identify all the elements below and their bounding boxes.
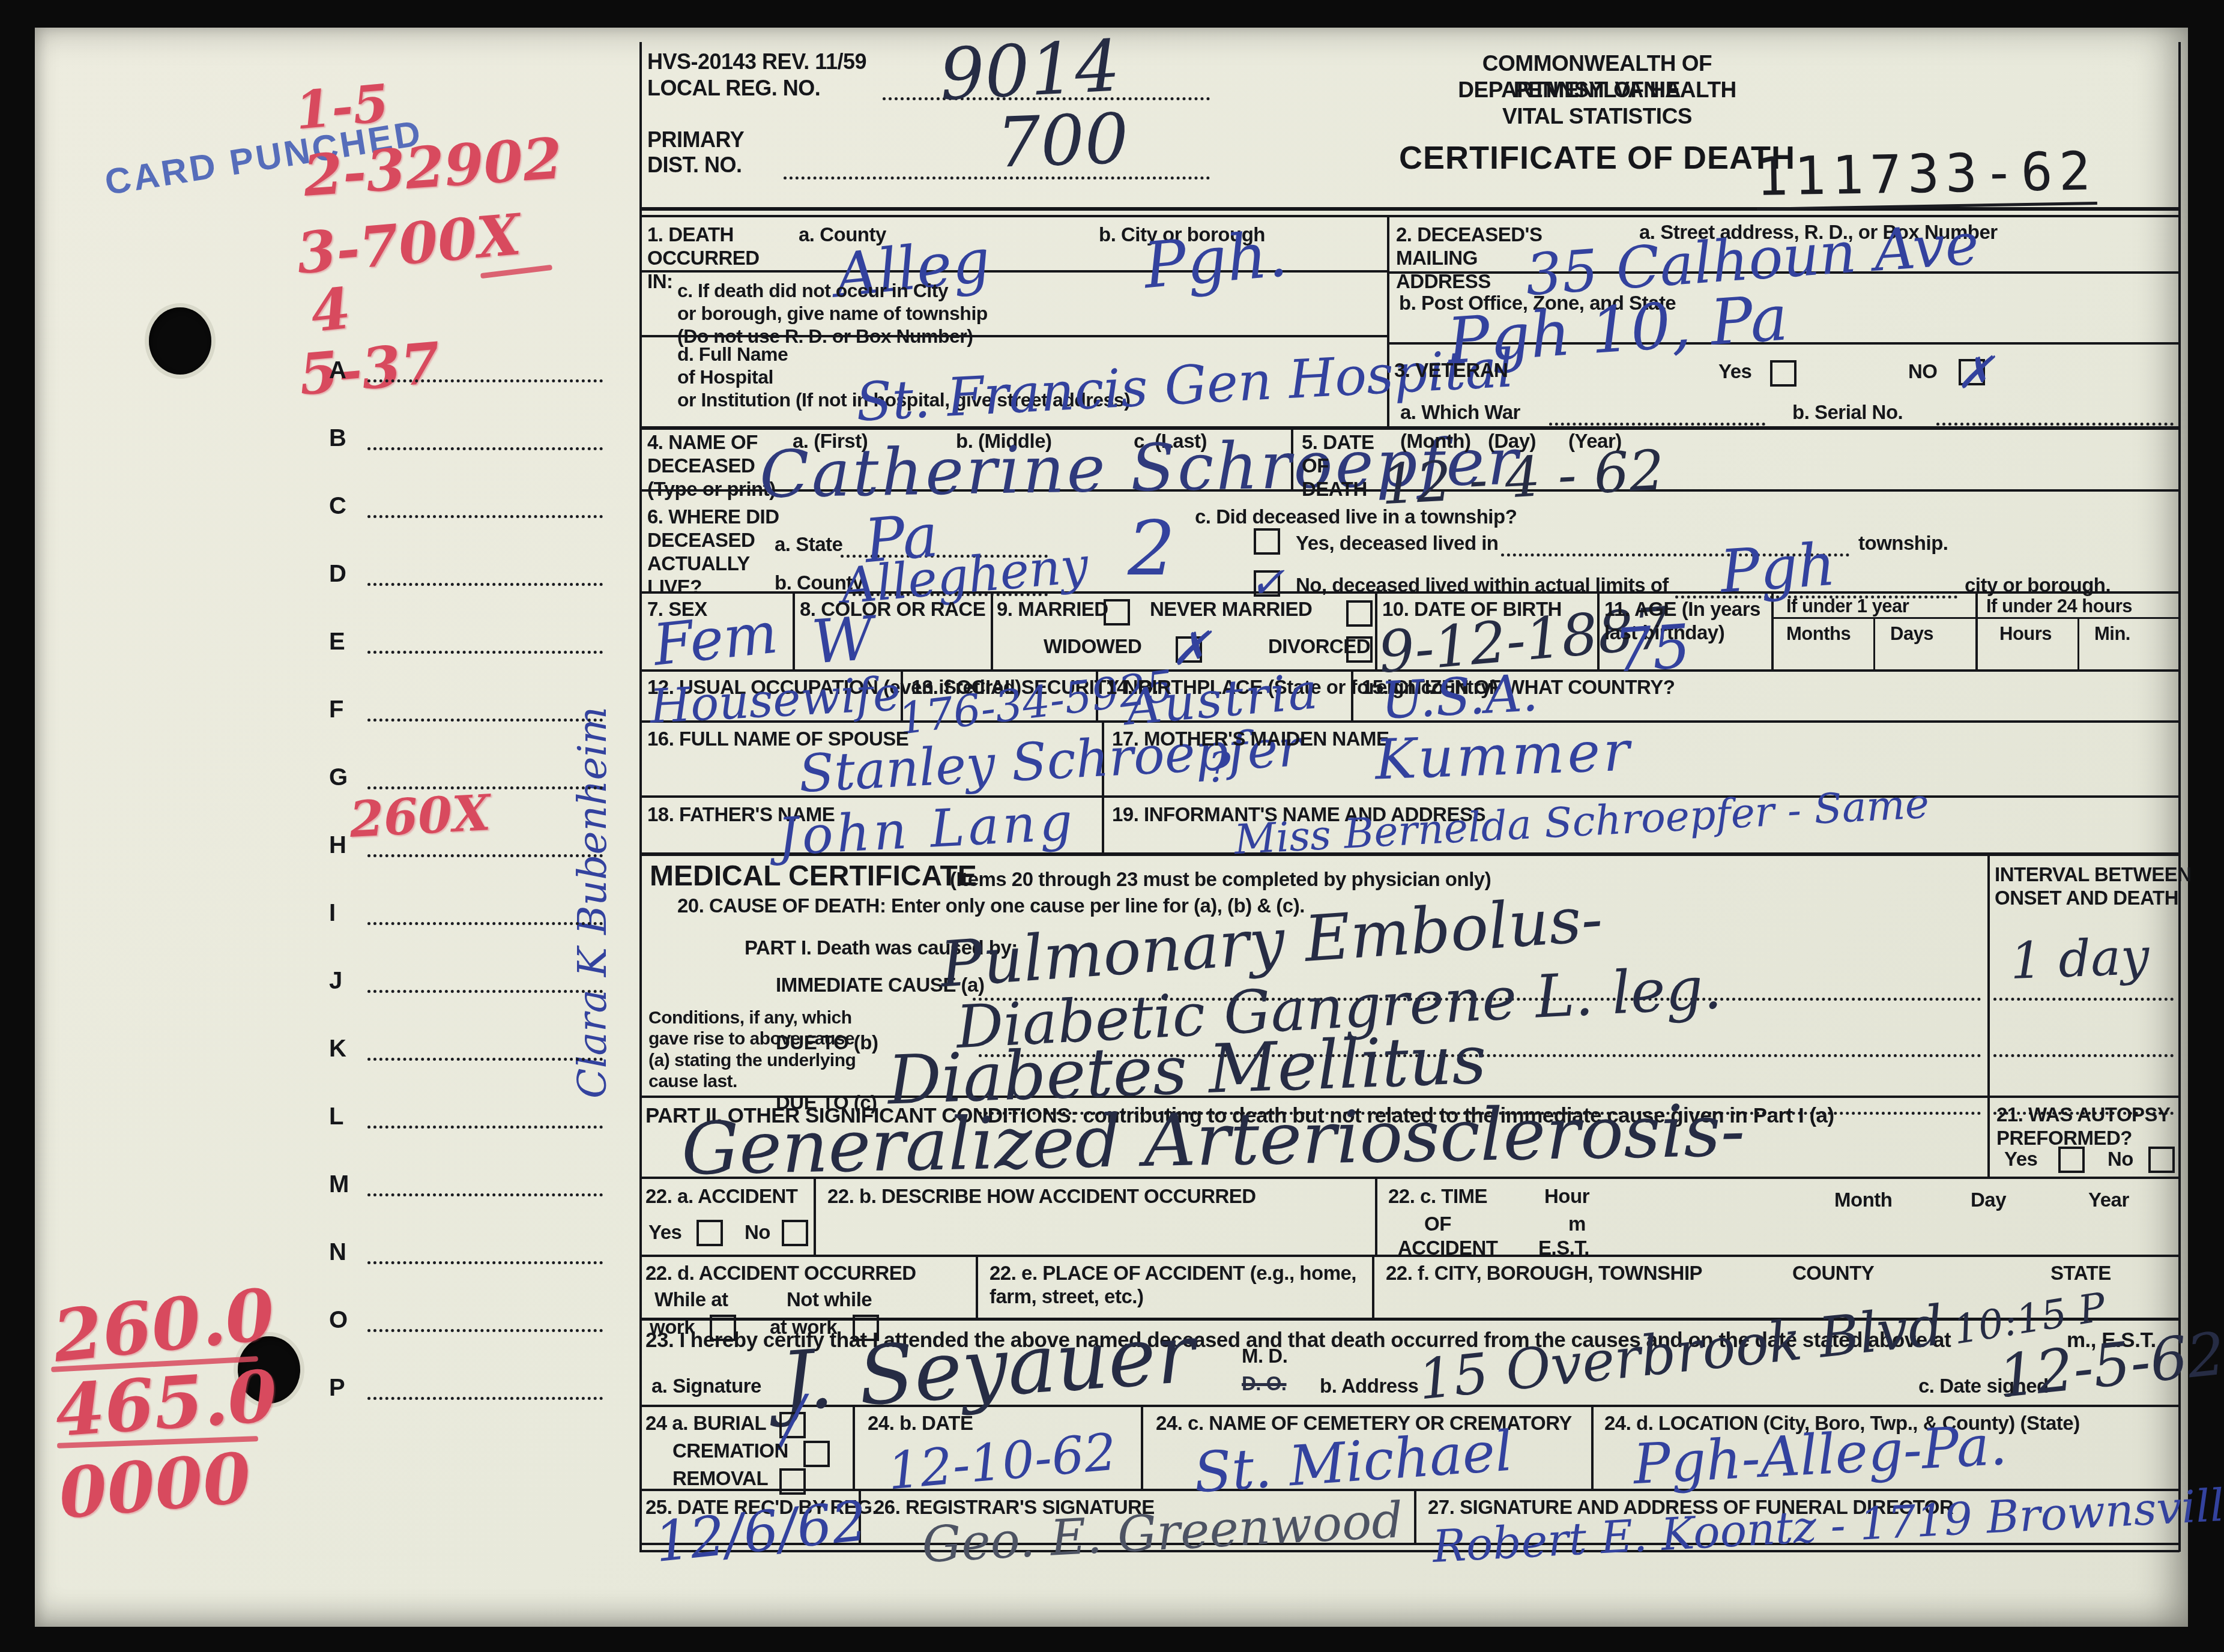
s22c-accident-label: ACCIDENT bbox=[1398, 1237, 1498, 1260]
interval-a-line bbox=[1993, 995, 2174, 1001]
s6-yes-text: Yes, deceased lived in bbox=[1296, 532, 1499, 555]
index-line bbox=[367, 513, 603, 518]
index-letter: L bbox=[329, 1103, 343, 1130]
interval-label: INTERVAL BETWEEN ONSET AND DEATH bbox=[1995, 863, 2192, 910]
medical-subtitle: (Items 20 through 23 must be completed b… bbox=[950, 868, 1491, 891]
s6-township-label: township. bbox=[1858, 532, 1948, 555]
s6-city-borough-label: city or borough. bbox=[1965, 574, 2111, 597]
s22f-state-label: STATE bbox=[2050, 1262, 2111, 1285]
index-line bbox=[367, 1123, 603, 1129]
divider bbox=[1372, 1255, 1374, 1318]
index-line bbox=[367, 648, 603, 654]
index-letter: N bbox=[329, 1239, 346, 1266]
index-line bbox=[367, 1259, 603, 1264]
s2-label: 2. DECEASED'S MAILING ADDRESS bbox=[1396, 223, 1542, 294]
s3a-label: a. Which War bbox=[1400, 401, 1520, 424]
s9-label: 9. MARRIED bbox=[997, 598, 1108, 621]
s23-md-label: M. D. bbox=[1242, 1345, 1287, 1368]
never-married-checkbox[interactable] bbox=[1346, 600, 1373, 627]
vital-line: VITAL STATISTICS bbox=[1399, 103, 1795, 130]
autopsy-no-checkbox[interactable] bbox=[2148, 1147, 2175, 1173]
certificate-title: CERTIFICATE OF DEATH bbox=[1399, 139, 1795, 178]
stray-pen-mark: 2 bbox=[1128, 505, 1176, 592]
form-number: HVS-20143 REV. 11/59 bbox=[647, 49, 866, 74]
s11-min-label: Min. bbox=[2094, 623, 2130, 645]
index-letter: C bbox=[329, 493, 346, 520]
primary-dist-value: 700 bbox=[996, 98, 1130, 184]
red-code-4: 4 bbox=[307, 276, 354, 345]
s24a-label: 24 a. BURIAL bbox=[645, 1412, 766, 1435]
s21-yes-label: Yes bbox=[2004, 1148, 2037, 1171]
accident-yes-checkbox[interactable] bbox=[697, 1220, 723, 1246]
s23-signature-label: a. Signature bbox=[651, 1375, 761, 1398]
which-war-line bbox=[1549, 420, 1765, 426]
divider bbox=[991, 591, 993, 669]
divider bbox=[1975, 591, 1978, 669]
s22d-while-label: While at bbox=[654, 1288, 728, 1312]
red-total-3: 0000 bbox=[56, 1437, 255, 1534]
index-line bbox=[367, 1191, 603, 1196]
index-letter: K bbox=[329, 1036, 346, 1063]
s22c-hour-label: Hour bbox=[1544, 1185, 1589, 1208]
serial-no-line bbox=[1936, 420, 2174, 426]
township-yes-checkbox[interactable] bbox=[1254, 528, 1280, 555]
s6a-label: a. State bbox=[775, 533, 842, 556]
s22c-year-label: Year bbox=[2088, 1189, 2129, 1212]
accident-no-checkbox[interactable] bbox=[782, 1220, 808, 1246]
s1c-label: c. If death did not occur in City or bor… bbox=[677, 280, 988, 348]
s22b-label: 22. b. DESCRIBE HOW ACCIDENT OCCURRED bbox=[827, 1185, 1256, 1208]
s6-label: 6. WHERE DID DECEASED ACTUALLY LIVE? bbox=[647, 505, 779, 599]
s22a-no-label: No bbox=[745, 1221, 770, 1244]
divorced-checkbox[interactable] bbox=[1346, 636, 1373, 663]
red-code-h: 260X bbox=[348, 784, 492, 849]
divider bbox=[1591, 1405, 1594, 1489]
s15-value: U.S.A. bbox=[1380, 663, 1540, 731]
primary-dist-line bbox=[784, 174, 1210, 179]
divider bbox=[1375, 1177, 1377, 1255]
s11-under1-label: If under 1 year bbox=[1786, 595, 1909, 618]
index-line bbox=[367, 580, 603, 586]
index-line bbox=[367, 445, 603, 450]
index-line bbox=[367, 1394, 603, 1400]
divider bbox=[793, 591, 795, 669]
s22e-label: 22. e. PLACE OF ACCIDENT (e.g., home, fa… bbox=[990, 1262, 1356, 1309]
s9-widowed-label: WIDOWED bbox=[1044, 635, 1141, 659]
s22c-of-label: OF bbox=[1424, 1213, 1451, 1236]
index-letter: J bbox=[329, 968, 342, 995]
index-letter: D bbox=[329, 561, 346, 588]
certificate-number-stamp: 111733-62 bbox=[1756, 140, 2097, 211]
s11-under24-label: If under 24 hours bbox=[1986, 595, 2132, 618]
s22c-day-label: Day bbox=[1971, 1189, 2006, 1212]
s17-value: Kummer bbox=[1374, 719, 1633, 792]
s6c-label: c. Did deceased live in a township? bbox=[1195, 505, 1517, 529]
red-code-1: 1-5 bbox=[293, 73, 391, 141]
s4-label: 4. NAME OF DECEASED (Type or print) bbox=[647, 431, 776, 501]
index-line bbox=[367, 1055, 603, 1061]
s3-no-label: NO bbox=[1908, 360, 1938, 384]
index-line bbox=[367, 377, 603, 382]
s24b-label: 24. b. DATE bbox=[868, 1412, 973, 1435]
index-letter: M bbox=[329, 1171, 349, 1198]
index-letter: I bbox=[329, 900, 336, 927]
s11-value: 75 bbox=[1612, 611, 1693, 687]
index-line bbox=[367, 852, 603, 857]
s22f-label: 22. f. CITY, BOROUGH, TOWNSHIP bbox=[1386, 1262, 1702, 1285]
married-checkbox[interactable] bbox=[1104, 599, 1130, 626]
divider bbox=[1141, 1405, 1143, 1489]
interval-a-value: 1 day bbox=[2009, 927, 2150, 990]
veteran-yes-checkbox[interactable] bbox=[1770, 360, 1796, 387]
rule bbox=[639, 1550, 2180, 1552]
s22c-month-label: Month bbox=[1834, 1189, 1892, 1212]
s23-do-label-struck: D. O. bbox=[1242, 1372, 1287, 1396]
s23-address-label: b. Address bbox=[1320, 1375, 1418, 1398]
s3b-label: b. Serial No. bbox=[1792, 401, 1903, 424]
autopsy-yes-checkbox[interactable] bbox=[2058, 1147, 2085, 1173]
index-letter: O bbox=[329, 1307, 348, 1334]
divider bbox=[976, 1255, 978, 1318]
primary-dist-label: PRIMARY DIST. NO. bbox=[647, 127, 744, 178]
s1b-value: Pgh. bbox=[1141, 217, 1290, 303]
divider bbox=[1414, 1489, 1416, 1543]
local-reg-label: LOCAL REG. NO. bbox=[647, 76, 820, 101]
s22d-label: 22. d. ACCIDENT OCCURRED bbox=[645, 1262, 916, 1285]
punch-hole-top bbox=[149, 307, 211, 375]
index-letter: G bbox=[329, 764, 348, 791]
s11-months-label: Months bbox=[1786, 623, 1851, 645]
s21-label: 21. WAS AUTOPSY PREFORMED? bbox=[1996, 1103, 2171, 1150]
cremation-checkbox[interactable] bbox=[803, 1441, 830, 1467]
index-line bbox=[367, 784, 603, 789]
s8-value: W bbox=[809, 603, 876, 678]
s7-value: Fem bbox=[650, 600, 781, 678]
s22d-notwhile-label: Not while bbox=[787, 1288, 872, 1312]
index-letter: H bbox=[329, 832, 346, 859]
red-code-5: 5-37 bbox=[297, 330, 443, 408]
interval-b-line bbox=[1993, 1052, 2174, 1057]
divider bbox=[1873, 619, 1875, 669]
s22c-m-label: m bbox=[1568, 1213, 1586, 1236]
s6-no-text: No, deceased lived within actual limits … bbox=[1296, 574, 1669, 597]
scanned-death-certificate: CARD PUNCHED 1-5 2-32902 3-700X 4 5-37 2… bbox=[0, 0, 2224, 1652]
s22a-yes-label: Yes bbox=[648, 1221, 681, 1244]
index-letter: A bbox=[329, 357, 346, 384]
s22c-est-label: E.S.T. bbox=[1538, 1237, 1589, 1260]
index-letter: F bbox=[329, 696, 343, 723]
index-line bbox=[367, 716, 603, 722]
index-letter: E bbox=[329, 629, 345, 656]
s11-hours-label: Hours bbox=[1999, 623, 2052, 645]
department-line: DEPARTMENT OF HEALTH bbox=[1399, 77, 1795, 103]
widowed-x-mark: ✗ bbox=[1171, 622, 1210, 676]
index-line bbox=[367, 1327, 603, 1332]
divider bbox=[1102, 795, 1104, 852]
s17-prefix: ? bbox=[1208, 743, 1231, 792]
s24-cremation-label: CREMATION bbox=[672, 1439, 788, 1463]
s22c-label: 22. c. TIME bbox=[1388, 1185, 1487, 1208]
s17-label: 17. MOTHER'S MAIDEN NAME bbox=[1112, 728, 1389, 751]
s22f-county-label: COUNTY bbox=[1792, 1262, 1874, 1285]
s3-yes-label: Yes bbox=[1718, 360, 1751, 384]
veteran-no-x-mark: ✗ bbox=[1956, 347, 1993, 399]
rule bbox=[639, 207, 2180, 211]
index-line bbox=[367, 987, 603, 993]
s11-days-label: Days bbox=[1890, 623, 1933, 645]
divider bbox=[1987, 852, 1990, 1177]
s21-no-label: No bbox=[2108, 1148, 2133, 1171]
medical-title: MEDICAL CERTIFICATE bbox=[650, 860, 977, 894]
vertical-margin-note: Clara K Bubenheim bbox=[569, 707, 615, 1099]
index-letter: P bbox=[329, 1375, 345, 1402]
s3-label: 3. VETERAN bbox=[1394, 359, 1508, 382]
s20-due-b-label: DUE TO (b) bbox=[776, 1031, 878, 1055]
divider bbox=[2077, 619, 2079, 669]
s9-never-label: NEVER MARRIED bbox=[1150, 598, 1312, 621]
index-line bbox=[367, 920, 603, 925]
s22a-label: 22. a. ACCIDENT bbox=[645, 1185, 798, 1208]
index-letter: B bbox=[329, 425, 346, 452]
s24-removal-label: REMOVAL bbox=[672, 1467, 768, 1491]
removal-checkbox[interactable] bbox=[779, 1468, 806, 1495]
s5-label: 5. DATE OF DEATH bbox=[1302, 431, 1374, 501]
